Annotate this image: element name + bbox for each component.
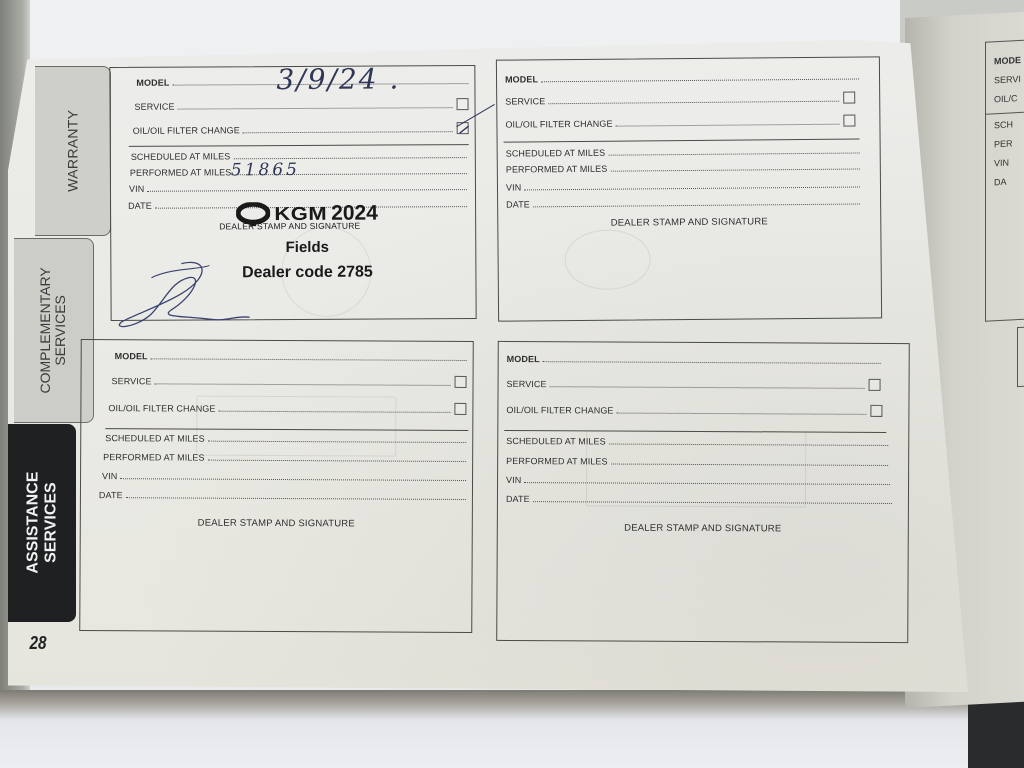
next-page-form: MODE SERVI OIL/C SCH PER VIN DA: [985, 39, 1024, 322]
vin-label: VIN: [129, 184, 147, 194]
oil-filter-row: OIL/OIL FILTER CHANGE: [498, 403, 908, 417]
dealer-name: Fields: [197, 238, 417, 256]
vin-label: VIN: [506, 182, 524, 192]
form-divider: [129, 144, 469, 147]
vin-row: VIN: [111, 182, 475, 194]
service-record-3: MODEL SERVICE OIL/OIL FILTER CHANGE SCHE…: [79, 339, 474, 633]
performed-row: PERFORMED AT MILES: [498, 161, 880, 174]
background-dark-corner: [968, 700, 1024, 768]
next-label-performed: PER: [994, 133, 1024, 155]
oil-filter-field[interactable]: [617, 413, 867, 415]
service-row: SERVICE: [82, 374, 473, 388]
handwritten-performed-miles: 51865: [231, 160, 300, 180]
form-divider: [504, 139, 860, 143]
scheduled-label: SCHEDULED AT MILES: [506, 148, 609, 159]
oil-filter-row: OIL/OIL FILTER CHANGE: [111, 122, 475, 136]
service-row: SERVICE: [497, 91, 879, 106]
oil-filter-field[interactable]: [616, 124, 840, 127]
stamp-label: DEALER STAMP AND SIGNATURE: [498, 215, 880, 229]
scheduled-label: SCHEDULED AT MILES: [131, 151, 234, 162]
next-label-scheduled: SCH: [994, 114, 1024, 136]
next-label-oil: OIL/C: [994, 88, 1024, 110]
oil-filter-checkbox[interactable]: [454, 403, 466, 415]
service-field[interactable]: [155, 383, 451, 386]
tab-assistance-label: ASSISTANCE SERVICES: [24, 472, 59, 574]
scheduled-label: SCHEDULED AT MILES: [105, 433, 208, 444]
model-field[interactable]: [543, 361, 881, 364]
service-record-4: MODEL SERVICE OIL/OIL FILTER CHANGE SCHE…: [496, 341, 910, 643]
oil-filter-label: OIL/OIL FILTER CHANGE: [133, 125, 243, 136]
next-label-date: DA: [994, 171, 1024, 193]
vin-row: VIN: [498, 179, 880, 192]
vin-row: VIN: [81, 471, 472, 483]
service-checkbox[interactable]: [455, 376, 467, 388]
date-field[interactable]: [126, 497, 466, 500]
next-page-form-2: [1017, 326, 1024, 387]
faint-stamp-impression: [196, 396, 396, 457]
service-field[interactable]: [548, 101, 839, 105]
date-field[interactable]: [533, 204, 860, 208]
scheduled-field[interactable]: [233, 157, 467, 159]
date-label: DATE: [506, 494, 533, 504]
service-label: SERVICE: [112, 376, 155, 386]
model-label: MODEL: [136, 78, 172, 88]
model-field[interactable]: [541, 79, 859, 83]
page-number: 28: [30, 633, 47, 654]
service-checkbox[interactable]: [843, 92, 855, 104]
stamp-label: DEALER STAMP AND SIGNATURE: [197, 220, 417, 231]
model-label: MODEL: [115, 351, 151, 361]
scheduled-field[interactable]: [608, 153, 859, 156]
oil-filter-field[interactable]: [243, 131, 453, 133]
model-row: MODEL: [497, 71, 879, 84]
stamp-label: DEALER STAMP AND SIGNATURE: [498, 522, 908, 535]
stamp-label: DEALER STAMP AND SIGNATURE: [81, 517, 472, 530]
performed-field[interactable]: [610, 169, 859, 172]
background-shadow: [0, 690, 1024, 768]
service-field[interactable]: [550, 386, 865, 389]
service-label: SERVICE: [507, 379, 550, 389]
service-checkbox[interactable]: [869, 379, 881, 391]
faint-stamp-impression: [586, 430, 806, 507]
performed-field[interactable]: [208, 460, 467, 462]
handwritten-service-date: 3/9/24 .: [276, 62, 400, 96]
service-record-1: MODEL SERVICE OIL/OIL FILTER CHANGE SCHE…: [109, 65, 476, 321]
model-row: MODEL: [499, 354, 909, 366]
model-label: MODEL: [507, 354, 543, 364]
model-field[interactable]: [151, 358, 467, 361]
tab-assistance-services[interactable]: ASSISTANCE SERVICES: [8, 424, 76, 622]
tab-warranty-label: WARRANTY: [65, 110, 80, 192]
faint-stamp-impression: [564, 229, 651, 290]
vin-field[interactable]: [147, 189, 467, 192]
oil-filter-label: OIL/OIL FILTER CHANGE: [506, 405, 616, 416]
service-row: SERVICE: [111, 98, 475, 112]
date-label: DATE: [99, 490, 126, 500]
vin-label: VIN: [102, 471, 120, 481]
tab-warranty[interactable]: WARRANTY: [35, 66, 111, 236]
next-label-vin: VIN: [994, 152, 1024, 174]
oil-filter-checkbox[interactable]: [843, 115, 855, 127]
oil-filter-row: OIL/OIL FILTER CHANGE: [497, 114, 879, 129]
vin-label: VIN: [506, 475, 524, 485]
vin-field[interactable]: [524, 187, 860, 191]
oil-filter-label: OIL/OIL FILTER CHANGE: [505, 119, 615, 130]
date-label: DATE: [506, 199, 533, 209]
scheduled-row: SCHEDULED AT MILES: [498, 145, 880, 158]
service-label: SERVICE: [505, 96, 548, 106]
service-field[interactable]: [178, 107, 453, 109]
performed-label: PERFORMED AT MILES: [506, 164, 611, 175]
next-label-model: MODE: [994, 50, 1024, 72]
performed-label: PERFORMED AT MILES: [130, 167, 235, 178]
performed-label: PERFORMED AT MILES: [103, 452, 208, 463]
tab-complementary-label: COMPLEMENTARY SERVICES: [38, 267, 69, 393]
service-label: SERVICE: [135, 102, 178, 112]
service-checkbox[interactable]: [457, 98, 469, 110]
service-record-2: MODEL SERVICE OIL/OIL FILTER CHANGE SCHE…: [496, 56, 882, 321]
vin-field[interactable]: [120, 478, 466, 481]
model-row: MODEL: [82, 351, 473, 363]
date-row: DATE: [81, 490, 472, 502]
signature: [111, 257, 251, 338]
service-row: SERVICE: [499, 377, 909, 391]
model-label: MODEL: [505, 74, 541, 84]
date-row: DATE: [498, 196, 880, 209]
next-label-service: SERVI: [994, 69, 1024, 91]
date-label: DATE: [128, 201, 155, 211]
oil-filter-checkbox[interactable]: [870, 405, 882, 417]
